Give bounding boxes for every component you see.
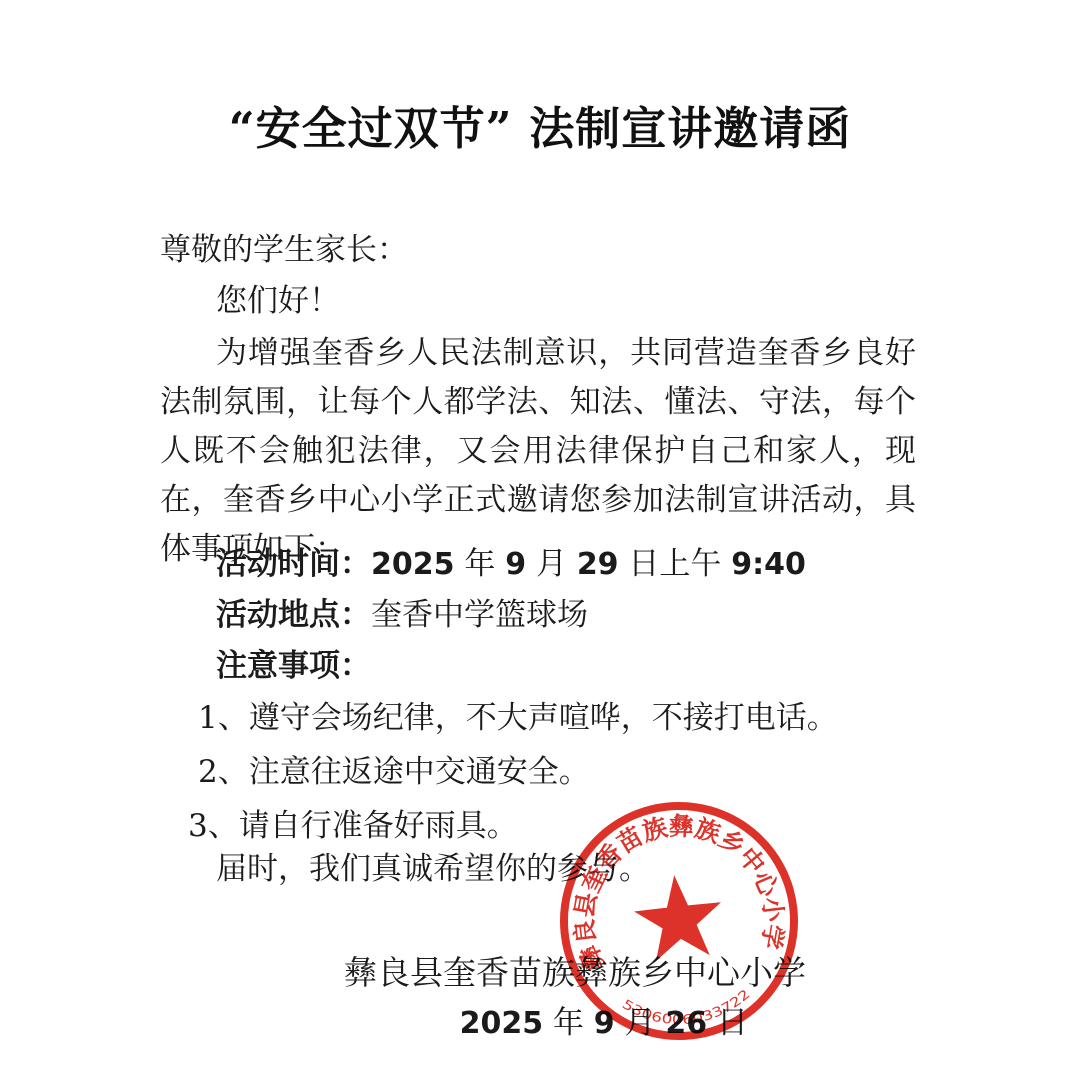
page-title: “安全过双节” 法制宣讲邀请函: [0, 92, 1080, 157]
official-seal-stamp: 彝良县奎香苗族彝族乡中心小学 5306006033722: [532, 774, 827, 1069]
invitation-letter-page: “安全过双节” 法制宣讲邀请函 尊敬的学生家长： 您们好！ 为增强奎香乡人民法制…: [0, 0, 1080, 1080]
event-time-cjk-month: 月: [526, 546, 577, 582]
note-item-2: 2、注意往返途中交通安全。: [160, 748, 916, 797]
event-place-value: 奎香中学篮球场: [371, 597, 588, 633]
event-time-label: 活动时间：: [216, 546, 371, 582]
event-time-line: 活动时间：2025 年 9 月 29 日上午 9:40: [160, 540, 916, 589]
notes-heading: 注意事项：: [160, 642, 916, 691]
date-year: 2025: [460, 1006, 544, 1041]
event-place-label: 活动地点：: [216, 597, 371, 633]
note-item-1: 1、遵守会场纪律，不大声喧哗，不接打电话。: [160, 694, 916, 743]
event-time-cjk-year: 年: [455, 546, 506, 582]
event-time-month: 9: [505, 547, 526, 582]
event-time-day: 29: [577, 547, 619, 582]
event-time-cjk-day: 日上午: [619, 546, 732, 582]
event-place-line: 活动地点：奎香中学篮球场: [160, 591, 916, 640]
salutation-line: 尊敬的学生家长：: [160, 226, 916, 275]
seal-star-icon: [631, 871, 727, 963]
intro-paragraph: 为增强奎香乡人民法制意识，共同营造奎香乡良好法制氛围，让每个人都学法、知法、懂法…: [160, 329, 916, 574]
event-time-year: 2025: [371, 547, 455, 582]
event-time-clock: 9:40: [731, 547, 806, 582]
greeting-line: 您们好！: [160, 277, 916, 326]
